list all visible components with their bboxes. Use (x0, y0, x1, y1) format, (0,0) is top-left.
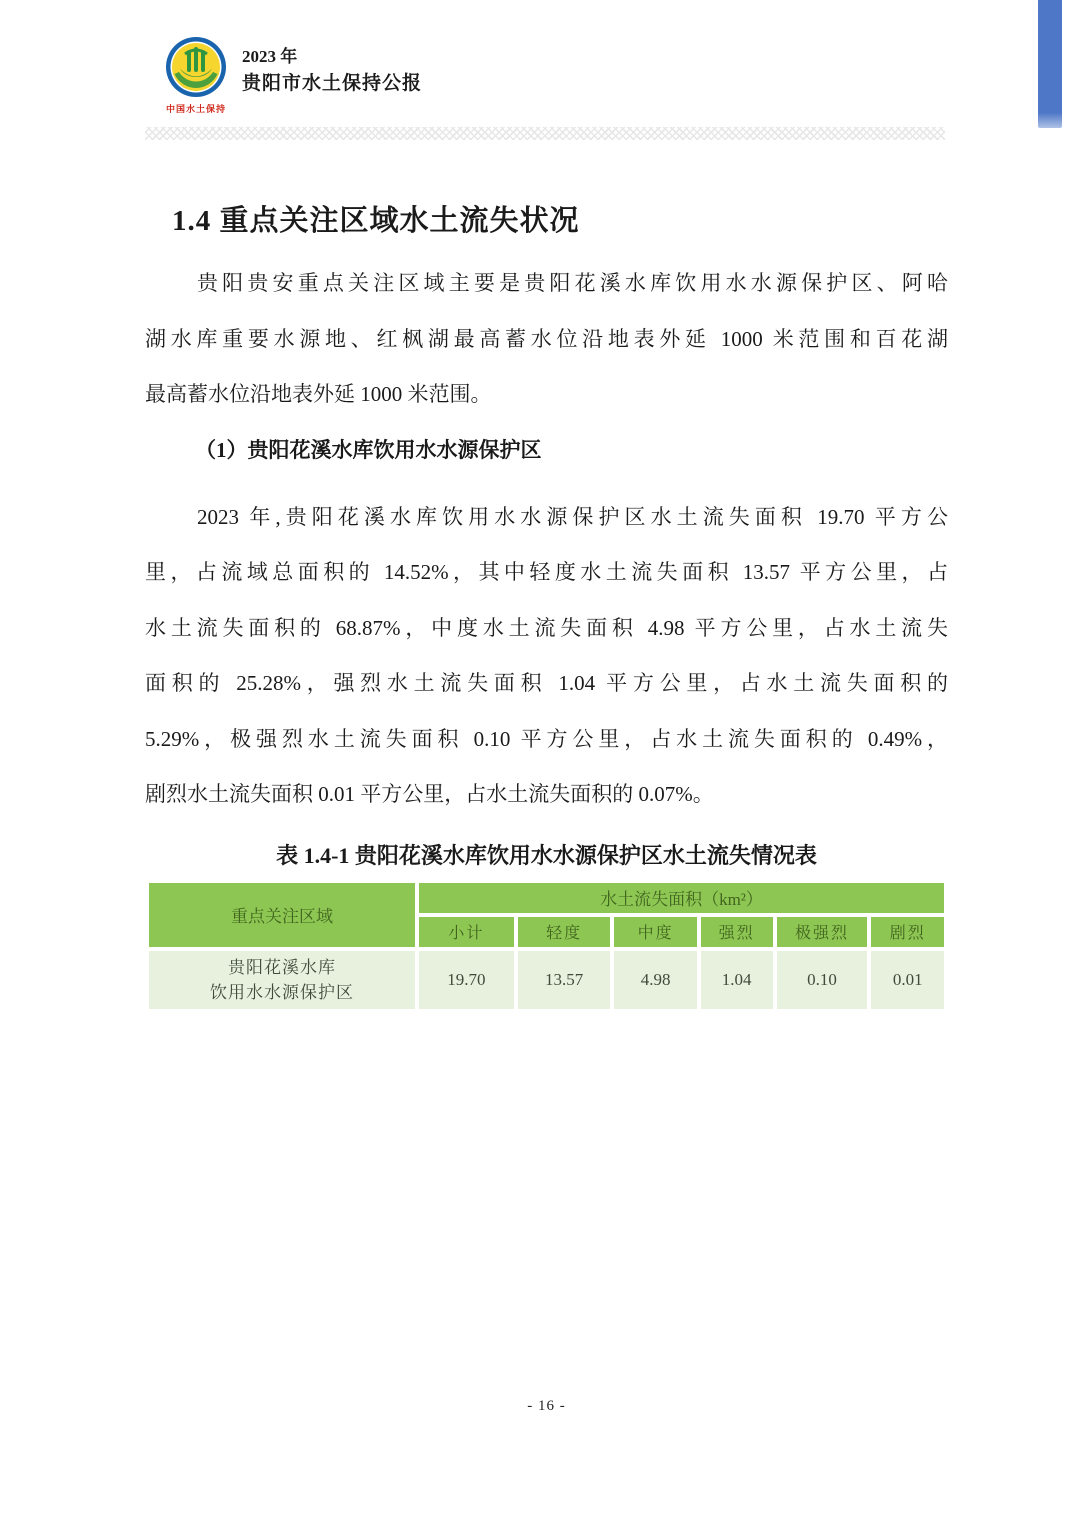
soil-water-conservation-logo-icon (165, 36, 227, 98)
paragraph-2: 2023 年,贵阳花溪水库饮用水水源保护区水土流失面积 19.70 平方公 里，… (145, 490, 948, 823)
header-divider (145, 127, 945, 140)
table-caption: 表 1.4-1 贵阳花溪水库饮用水水源保护区水土流失情况表 (145, 837, 948, 875)
paragraph-1: 贵阳贵安重点关注区域主要是贵阳花溪水库饮用水水源保护区、阿哈 湖水库重要水源地、… (145, 256, 948, 423)
value-cell: 19.70 (419, 951, 514, 1009)
severity-header-cell: 中度 (614, 917, 696, 947)
bulletin-title: 贵阳市水土保持公报 (242, 70, 422, 98)
logo-block: 中国水土保持 (160, 36, 232, 115)
section-heading: 1.4 重点关注区域水土流失状况 (172, 198, 948, 244)
main-content: 1.4 重点关注区域水土流失状况 贵阳贵安重点关注区域主要是贵阳花溪水库饮用水水… (145, 198, 948, 1013)
severity-header-cell: 剧烈 (871, 917, 944, 947)
paragraph-line: 面积的 25.28%，强烈水土流失面积 1.04 平方公里，占水土流失面积的 (145, 656, 948, 712)
page-number: - 16 - (145, 1398, 948, 1415)
soil-loss-table: 重点关注区域 水土流失面积（km²） 小计 轻度 中度 强烈 极强烈 剧烈 贵阳… (145, 879, 948, 1013)
value-cell: 13.57 (518, 951, 611, 1009)
logo-caption: 中国水土保持 (160, 103, 232, 115)
page-header: 中国水土保持 2023 年 贵阳市水土保持公报 (160, 0, 1074, 115)
severity-header-cell: 轻度 (518, 917, 611, 947)
paragraph-line: 2023 年,贵阳花溪水库饮用水水源保护区水土流失面积 19.70 平方公 (145, 490, 948, 546)
paragraph-line: 最高蓄水位沿地表外延 1000 米范围。 (145, 367, 948, 423)
severity-header-cell: 极强烈 (777, 917, 868, 947)
value-cell: 4.98 (614, 951, 696, 1009)
subsection-heading: （1）贵阳花溪水库饮用水水源保护区 (145, 423, 948, 478)
severity-header-cell: 强烈 (701, 917, 773, 947)
paragraph-line: 贵阳贵安重点关注区域主要是贵阳花溪水库饮用水水源保护区、阿哈 (145, 256, 948, 312)
value-cell: 0.01 (871, 951, 944, 1009)
paragraph-line: 里，占流域总面积的 14.52%，其中轻度水土流失面积 13.57 平方公里，占 (145, 545, 948, 601)
document-page: { "header": { "year_line": "2023 年", "bu… (0, 0, 1074, 1520)
bulletin-year: 2023 年 (242, 44, 422, 70)
paragraph-line: 湖水库重要水源地、红枫湖最高蓄水位沿地表外延 1000 米范围和百花湖 (145, 312, 948, 368)
page-accent-bar (1038, 0, 1062, 128)
region-name-cell: 贵阳花溪水库 饮用水水源保护区 (149, 951, 415, 1009)
value-cell: 0.10 (777, 951, 868, 1009)
paragraph-line: 水土流失面积的 68.87%，中度水土流失面积 4.98 平方公里，占水土流失 (145, 601, 948, 657)
paragraph-line: 剧烈水土流失面积 0.01 平方公里，占水土流失面积的 0.07%。 (145, 767, 948, 823)
table-row: 贵阳花溪水库 饮用水水源保护区 19.70 13.57 4.98 1.04 0.… (149, 951, 944, 1009)
area-header-cell: 水土流失面积（km²） (419, 883, 944, 913)
paragraph-line: 5.29%，极强烈水土流失面积 0.10 平方公里，占水土流失面积的 0.49%… (145, 712, 948, 768)
value-cell: 1.04 (701, 951, 773, 1009)
severity-header-cell: 小计 (419, 917, 514, 947)
header-titles: 2023 年 贵阳市水土保持公报 (242, 36, 422, 98)
region-header-cell: 重点关注区域 (149, 883, 415, 947)
